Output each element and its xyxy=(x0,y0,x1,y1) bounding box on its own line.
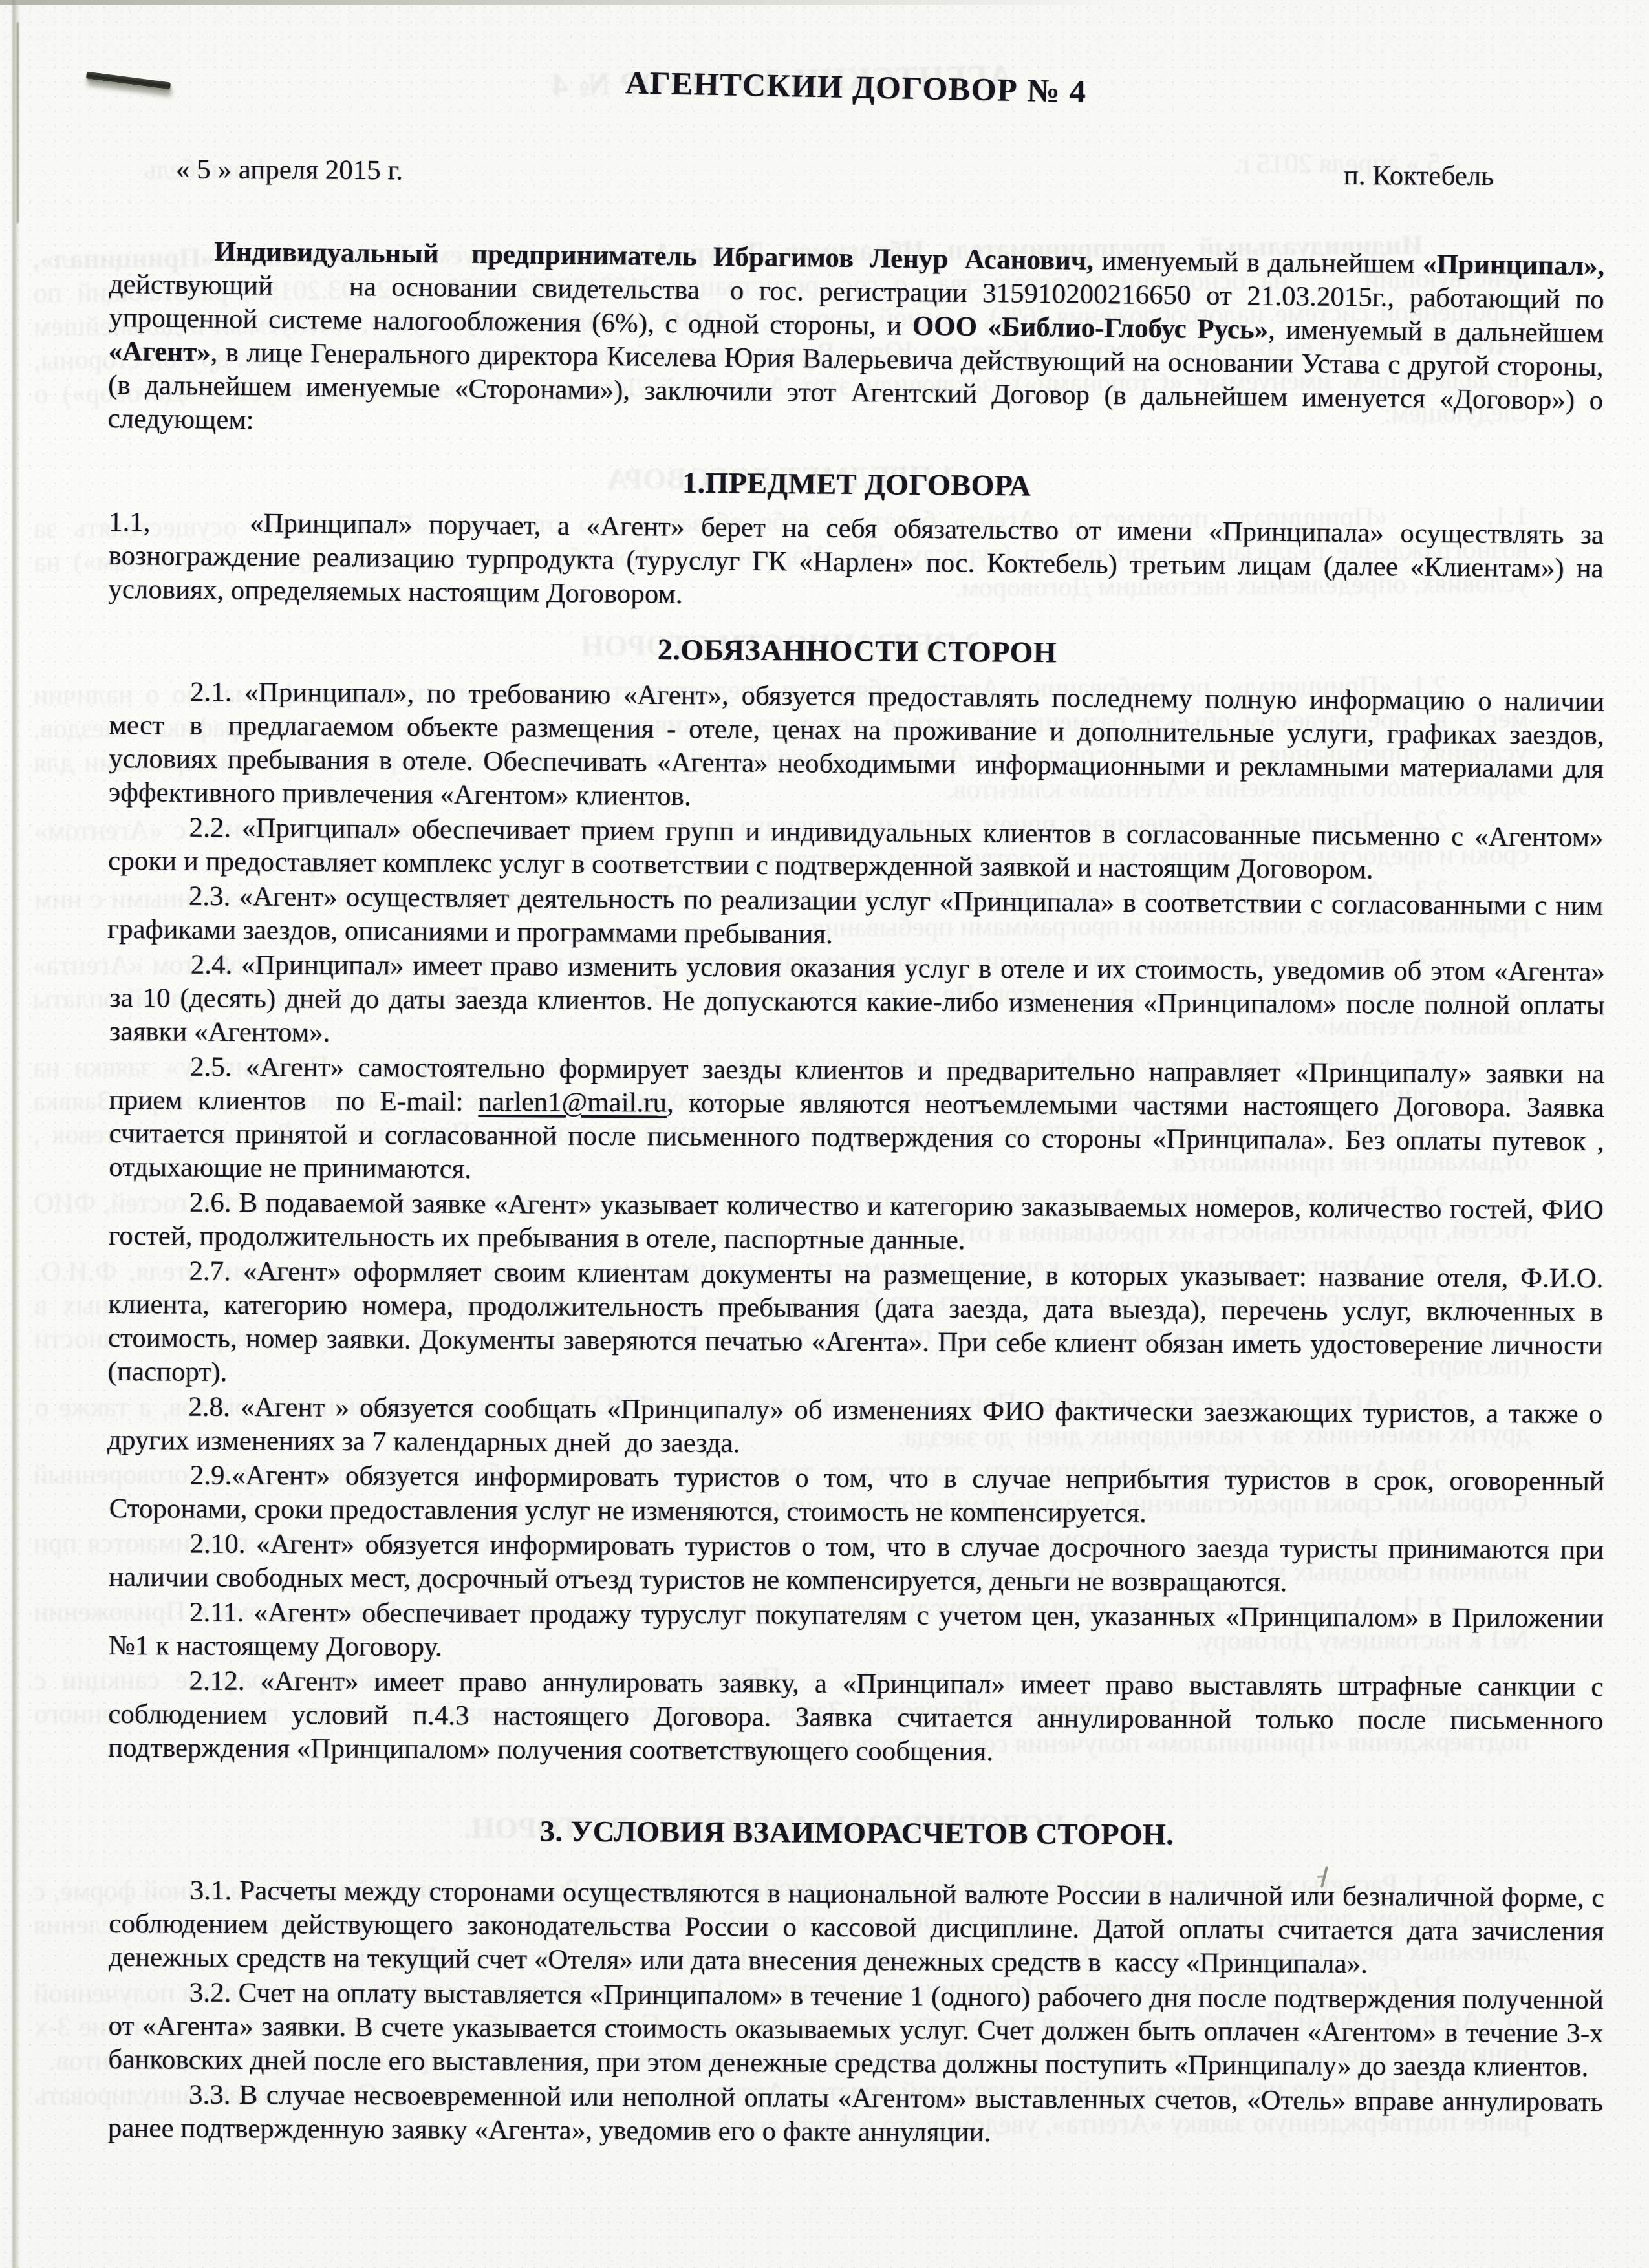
section-2-block-a: 2.ОБЯЗАННОСТИ СТОРОН 2.1. «Принципал», п… xyxy=(107,628,1604,957)
clause-2-9: 2.9.«Агент» обязуется информировать тури… xyxy=(109,1459,1604,1532)
section-3-heading: 3. УСЛОВИЯ ВЗАИМОРАСЧЕТОВ СТОРОН. xyxy=(109,1812,1604,1854)
contract-place: п. Коктебель xyxy=(1344,159,1494,193)
clause-2-6: 2.6. В подаваемой заявке «Агент» указыва… xyxy=(109,1186,1604,1261)
clause-3-2: 3.2. Счет на оплату выставляется «Принци… xyxy=(108,1976,1604,2084)
scan-edge-left-shadow xyxy=(11,0,20,2268)
contract-date: « 5 » апреля 2015 г. xyxy=(176,153,403,188)
date-place-row: « 5 » апреля 2015 г. п. Коктебель xyxy=(109,153,1604,194)
clause-2-4: 2.4. «Принципал» имеет право изменить ус… xyxy=(109,948,1605,1056)
contract-document: АГЕНТСКИИ ДОГОВОР № 4 « 5 » апреля 2015 … xyxy=(0,0,1649,2268)
scanned-contract-page: АГЕНТСКИИ ДОГОВОР № 4 « 5 » апреля 2015 … xyxy=(0,0,1649,2268)
section-3-block: 3. УСЛОВИЯ ВЗАИМОРАСЧЕТОВ СТОРОН. 3.1. Р… xyxy=(108,1812,1605,2153)
clause-3-1: 3.1. Расчеты между сторонами осуществляю… xyxy=(109,1874,1604,1982)
section-1-block: 1.ПРЕДМЕТ ДОГОВОРА 1.1, «Принципал» пору… xyxy=(108,460,1604,619)
clause-2-11: 2.11. «Агент» обеспечивает продажу турус… xyxy=(109,1596,1604,1669)
scan-edge-top-shadow xyxy=(0,0,1121,5)
section-1-heading: 1.ПРЕДМЕТ ДОГОВОРА xyxy=(109,460,1604,508)
clause-2-3: 2.3. «Агент» осуществляет деятельность п… xyxy=(107,879,1603,957)
preamble-block: Индивидуальный предприниматель Ибрагимов… xyxy=(107,234,1604,451)
document-title: АГЕНТСКИИ ДОГОВОР № 4 xyxy=(108,54,1604,119)
preamble: Индивидуальный предприниматель Ибрагимов… xyxy=(107,234,1604,451)
clause-2-10: 2.10. «Агент» обязуется информировать ту… xyxy=(109,1527,1604,1601)
title-block: АГЕНТСКИИ ДОГОВОР № 4 xyxy=(108,54,1604,119)
section-2-block-c: 2.9.«Агент» обязуется информировать тури… xyxy=(108,1459,1604,1771)
section-2-block-b: 2.4. «Принципал» имеет право изменить ус… xyxy=(107,948,1605,1465)
section-2-heading: 2.ОБЯЗАННОСТИ СТОРОН xyxy=(109,628,1604,674)
clause-2-12: 2.12. «Агент» имеет право аннулировать з… xyxy=(108,1664,1604,1771)
clause-2-8: 2.8. «Агент » обязуется сообщать «Принци… xyxy=(107,1390,1603,1465)
clause-3-3: 3.3. В случае несвоевременной или неполн… xyxy=(108,2078,1604,2153)
clause-2-2: 2.2. «Пригципал» обеспечивает прием груп… xyxy=(108,811,1604,888)
clause-2-5: 2.5. «Агент» самостоятельно формирует за… xyxy=(109,1050,1604,1192)
clause-2-7: 2.7. «Агент» оформляет своим клиентам до… xyxy=(107,1254,1603,1396)
clause-1-1: 1.1, «Принципал» поручает, а «Агент» бер… xyxy=(108,506,1604,619)
clause-2-1: 2.1. «Принципал», по требованию «Агент»,… xyxy=(109,675,1604,820)
